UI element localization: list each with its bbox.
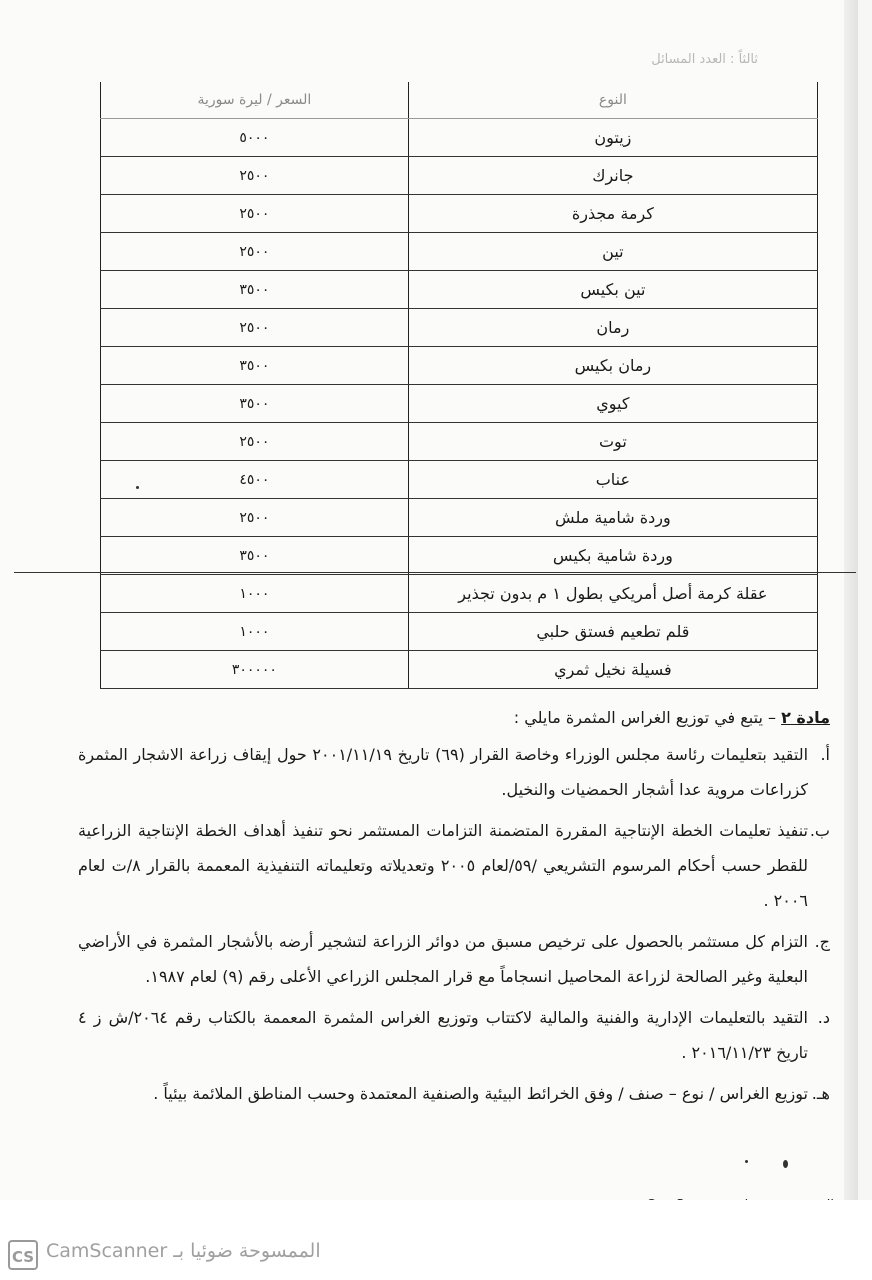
table-row: وردة شامية ملش٢٥٠٠ <box>101 499 818 537</box>
table-row: قلم تطعيم فستق حلبي١٠٠٠ <box>101 613 818 651</box>
page-edge-shadow <box>844 0 858 1200</box>
article-intro: – يتبع في توزيع الغراس المثمرة مايلي : <box>514 708 776 727</box>
cell-type: كيوي <box>408 385 817 423</box>
scan-speck <box>783 1160 788 1168</box>
camscanner-logo-icon: CS <box>8 1240 38 1270</box>
cell-type: توت <box>408 423 817 461</box>
faded-section-heading: ثالثاً : العدد المسائل <box>651 52 758 67</box>
table-row: جانرك٢٥٠٠ <box>101 157 818 195</box>
table-row: تين بكيس٣٥٠٠ <box>101 271 818 309</box>
header-price: السعر / ليرة سورية <box>101 82 409 119</box>
page-fold-line <box>14 572 856 573</box>
cell-type: تين بكيس <box>408 271 817 309</box>
article-item-a: أ. التقيد بتعليمات رئاسة مجلس الوزراء وخ… <box>78 737 830 807</box>
article-item-c: ج. التزام كل مستثمر بالحصول على ترخيص مس… <box>78 924 830 994</box>
header-type: النوع <box>408 82 817 119</box>
cell-price: ٣٥٠٠ <box>101 271 409 309</box>
table-row: فسيلة نخيل ثمري٣٠٠٠٠٠ <box>101 651 818 689</box>
article-2-section: مادة ٢ – يتبع في توزيع الغراس المثمرة ما… <box>78 700 830 1117</box>
cell-type: جانرك <box>408 157 817 195</box>
cell-price: ٥٠٠٠ <box>101 119 409 157</box>
cell-type: زيتون <box>408 119 817 157</box>
cell-type: رمان بكيس <box>408 347 817 385</box>
table-header-row: النوع السعر / ليرة سورية <box>101 82 818 119</box>
item-text: التقيد بتعليمات رئاسة مجلس الوزراء وخاصة… <box>78 745 808 799</box>
scan-speck <box>136 486 139 489</box>
cell-price: ١٠٠٠ <box>101 613 409 651</box>
item-letter: هـ. <box>812 1076 830 1111</box>
article-item-b: ب. تنفيذ تعليمات الخطة الإنتاجية المقررة… <box>78 813 830 918</box>
cell-price: ٣٠٠٠٠٠ <box>101 651 409 689</box>
cell-price: ١٠٠٠ <box>101 575 409 613</box>
item-text: تنفيذ تعليمات الخطة الإنتاجية المقررة ال… <box>78 821 808 910</box>
item-text: التقيد بالتعليمات الإدارية والفنية والما… <box>78 1008 808 1062</box>
scan-speck <box>745 1160 748 1163</box>
cell-price: ٢٥٠٠ <box>101 195 409 233</box>
seedling-price-table: النوع السعر / ليرة سورية زيتون٥٠٠٠ جانرك… <box>100 82 818 689</box>
table-row: وردة شامية بكيس٣٥٠٠ <box>101 537 818 575</box>
article-label: مادة ٢ <box>781 708 830 727</box>
table-row: رمان بكيس٣٥٠٠ <box>101 347 818 385</box>
cell-type: تين <box>408 233 817 271</box>
article-item-e: هـ. توزيع الغراس / نوع – صنف / وفق الخرا… <box>78 1076 830 1111</box>
item-letter: ب. <box>810 813 830 848</box>
cell-price: ٢٥٠٠ <box>101 309 409 347</box>
cell-type: وردة شامية بكيس <box>408 537 817 575</box>
cell-type: قلم تطعيم فستق حلبي <box>408 613 817 651</box>
cell-type: عقلة كرمة أصل أمريكي بطول ١ م بدون تجذير <box>408 575 817 613</box>
table-row: توت٢٥٠٠ <box>101 423 818 461</box>
cell-price: ٣٥٠٠ <box>101 537 409 575</box>
table-row: زيتون٥٠٠٠ <box>101 119 818 157</box>
cell-price: ٣٥٠٠ <box>101 385 409 423</box>
scanned-page: ثالثاً : العدد المسائل النوع السعر / لير… <box>0 0 858 1200</box>
table-row: عقلة كرمة أصل أمريكي بطول ١ م بدون تجذير… <box>101 575 818 613</box>
article-heading: مادة ٢ – يتبع في توزيع الغراس المثمرة ما… <box>78 700 830 735</box>
item-letter: د. <box>818 1000 830 1035</box>
item-letter: ج. <box>815 924 830 959</box>
cell-price: ٤٥٠٠ <box>101 461 409 499</box>
cell-type: عناب <box>408 461 817 499</box>
table-row: تين٢٥٠٠ <box>101 233 818 271</box>
cell-price: ٢٥٠٠ <box>101 499 409 537</box>
table-row: كيوي٣٥٠٠ <box>101 385 818 423</box>
cell-type: كرمة مجذرة <box>408 195 817 233</box>
cell-type: وردة شامية ملش <box>408 499 817 537</box>
table-row: كرمة مجذرة٢٥٠٠ <box>101 195 818 233</box>
item-text: التزام كل مستثمر بالحصول على ترخيص مسبق … <box>78 932 808 986</box>
cell-type: رمان <box>408 309 817 347</box>
table-row: عناب٤٥٠٠ <box>101 461 818 499</box>
item-letter: أ. <box>820 737 830 772</box>
cell-price: ٢٥٠٠ <box>101 423 409 461</box>
camscanner-watermark: الممسوحة ضوئيا بـ CamScanner <box>46 1240 321 1262</box>
cell-type: فسيلة نخيل ثمري <box>408 651 817 689</box>
cell-price: ٢٥٠٠ <box>101 233 409 271</box>
cell-price: ٢٥٠٠ <box>101 157 409 195</box>
cell-price: ٣٥٠٠ <box>101 347 409 385</box>
table-row: رمان٢٥٠٠ <box>101 309 818 347</box>
article-item-d: د. التقيد بالتعليمات الإدارية والفنية وا… <box>78 1000 830 1070</box>
item-text: توزيع الغراس / نوع – صنف / وفق الخرائط ا… <box>153 1084 808 1103</box>
